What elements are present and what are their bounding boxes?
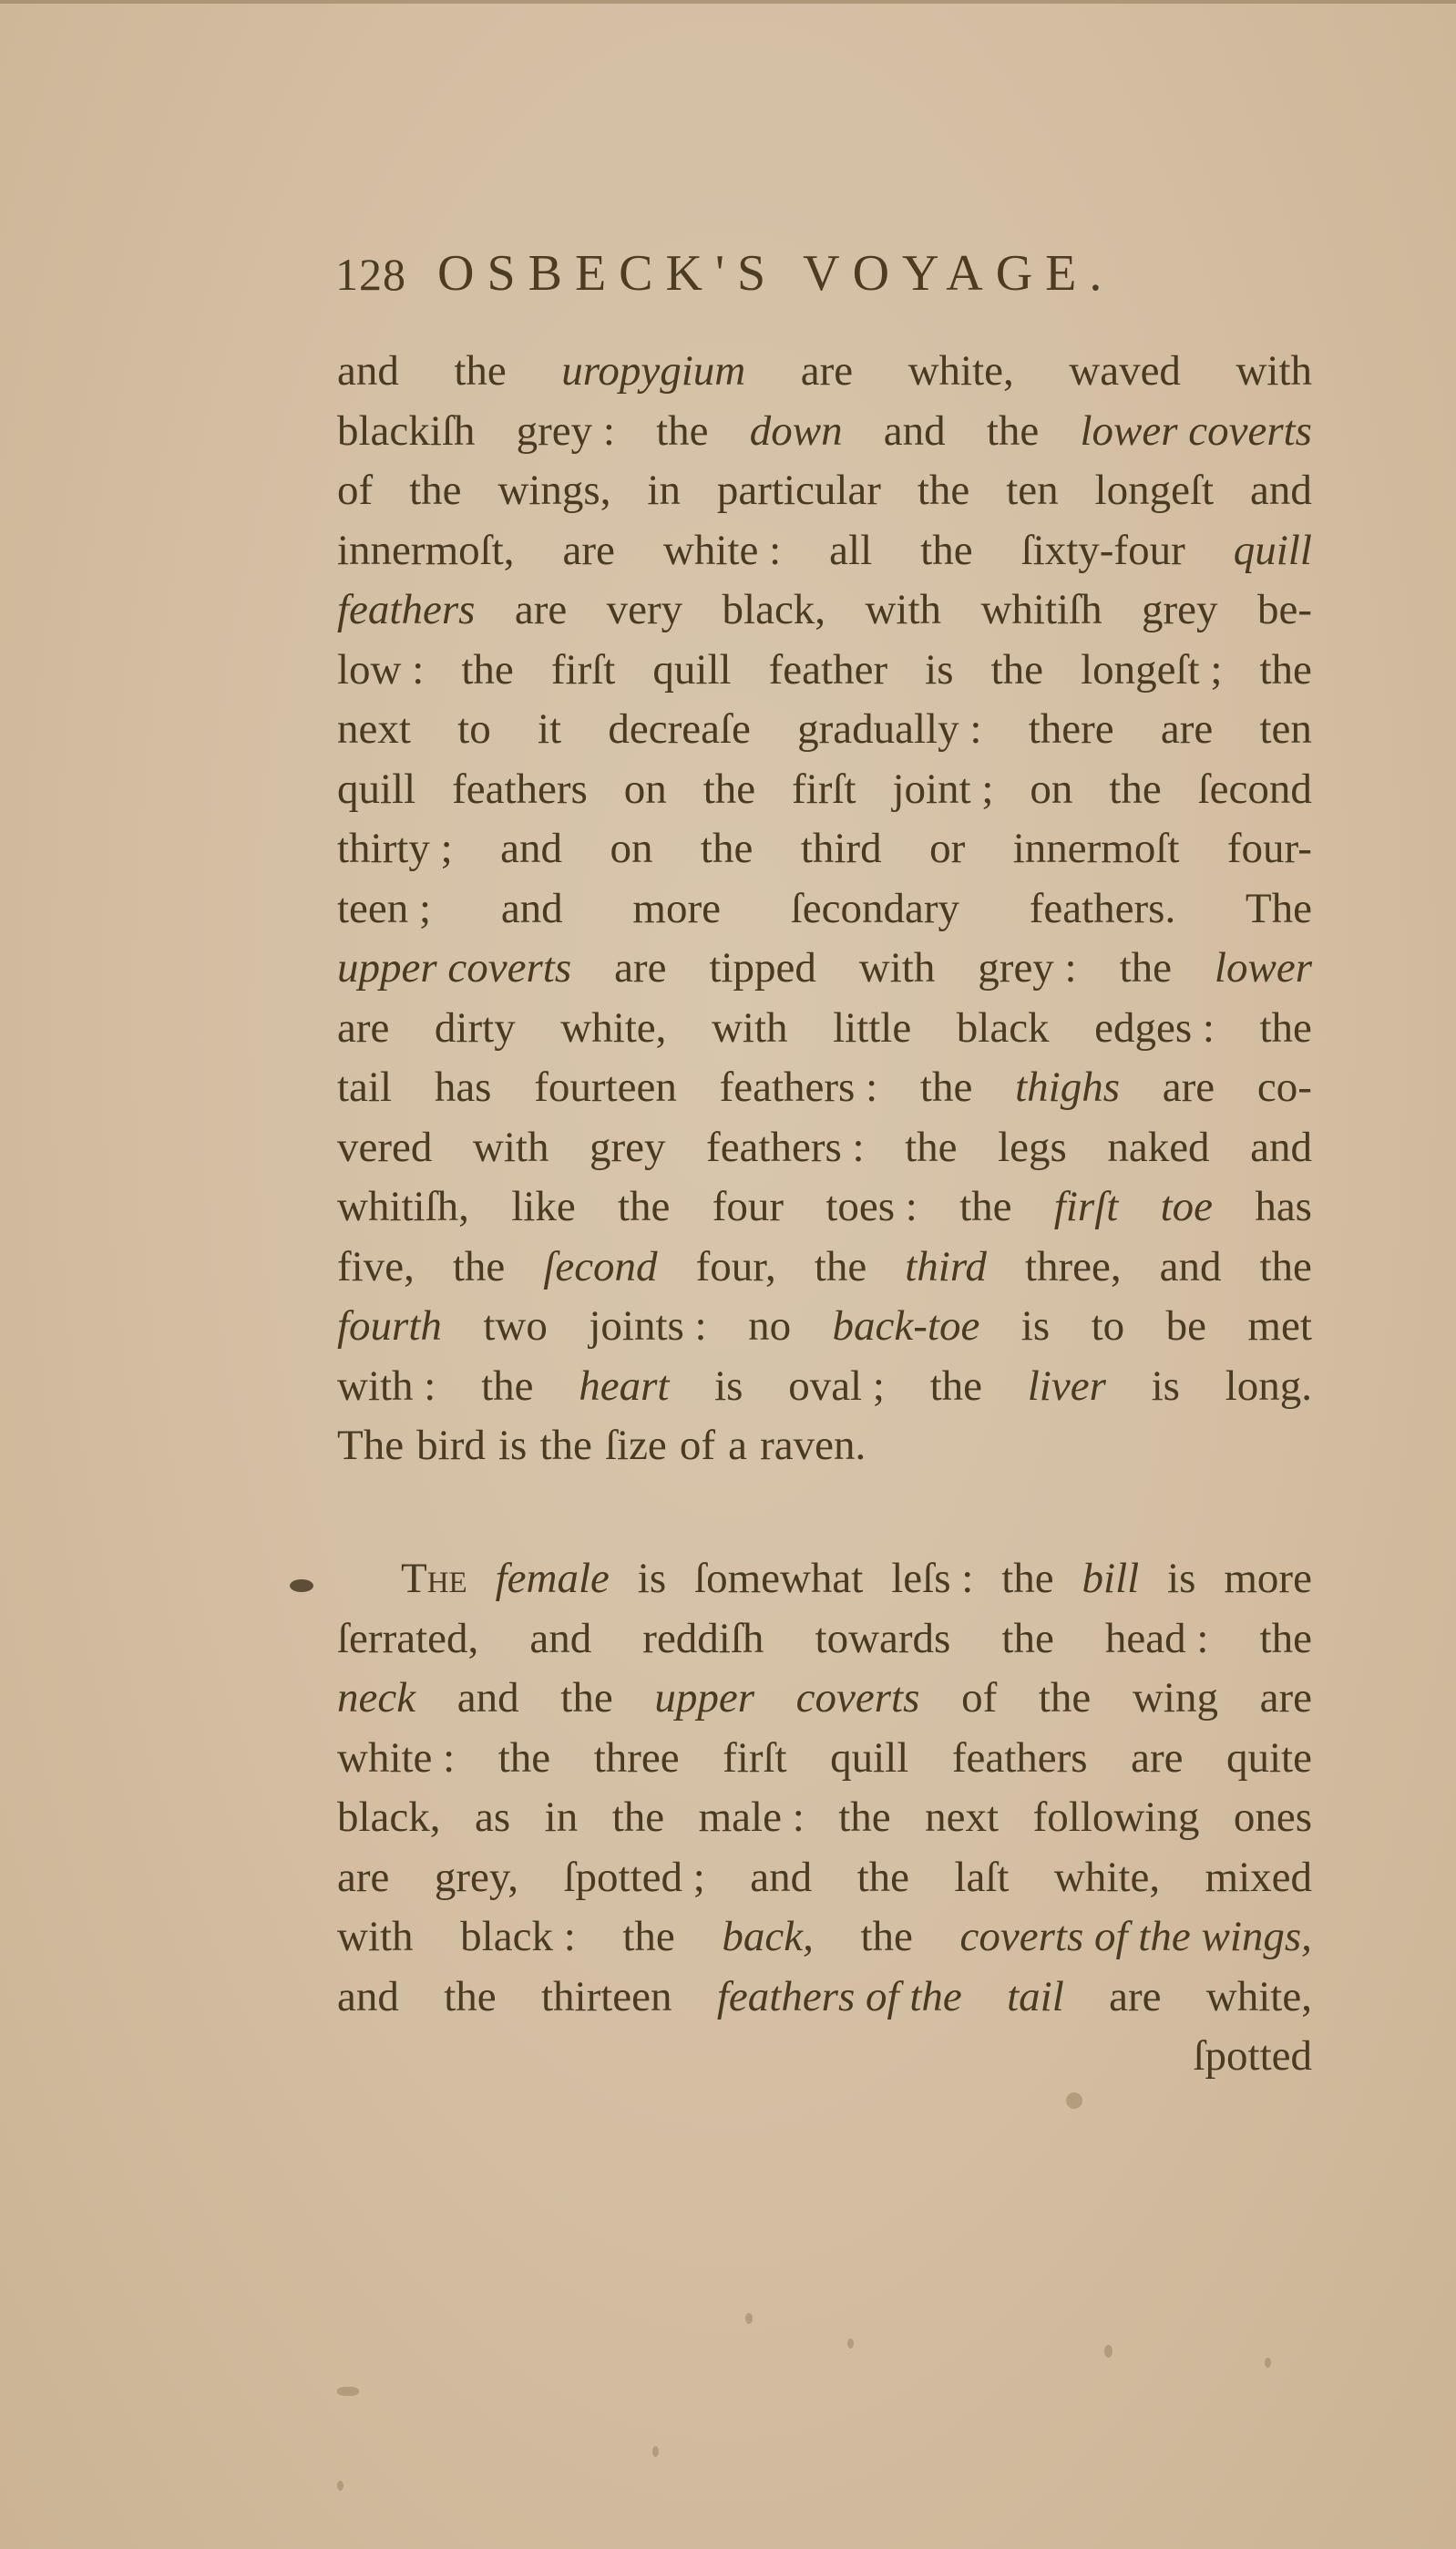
catchword: ſpotted	[1193, 2027, 1312, 2087]
word: to	[1092, 1297, 1125, 1357]
word: toes :	[825, 1177, 918, 1238]
word: edges :	[1094, 999, 1215, 1059]
word: the	[481, 1357, 533, 1417]
word: towards	[815, 1609, 951, 1670]
word: the	[1109, 760, 1161, 820]
small-caps-word: The	[401, 1549, 467, 1609]
word: black	[957, 999, 1050, 1059]
word: black,	[337, 1788, 441, 1848]
word: on	[610, 819, 652, 879]
word: longeſt ;	[1081, 641, 1222, 701]
running-title: OSBECK'S VOYAGE.	[437, 244, 1114, 303]
word: co-	[1257, 1058, 1312, 1118]
word: oval ;	[788, 1357, 885, 1417]
word: wings,	[497, 461, 610, 521]
word: quill	[652, 641, 731, 701]
text-line: andtheuropygiumarewhite,wavedwith	[337, 342, 1312, 402]
word: met	[1247, 1297, 1311, 1357]
word: white,	[560, 999, 666, 1059]
word: of	[680, 1416, 715, 1476]
word: ſecond	[1198, 760, 1312, 820]
word: with	[337, 1907, 414, 1968]
word: and	[529, 1609, 591, 1670]
word: the	[1260, 1609, 1312, 1670]
word: be-	[1257, 581, 1312, 641]
word: is	[925, 641, 953, 701]
word: next	[925, 1788, 999, 1848]
word: a	[728, 1416, 747, 1476]
word: and	[501, 879, 563, 940]
word: grey,	[435, 1848, 518, 1908]
word: are	[515, 581, 567, 641]
word: the	[861, 1907, 913, 1968]
word: raven.	[760, 1416, 866, 1476]
italic-word: heart	[579, 1357, 669, 1417]
text-line: andthethirteenfeathers of thetailarewhit…	[337, 1968, 1312, 2028]
word: the	[1001, 1609, 1053, 1670]
italic-word: feathers of the	[717, 1968, 962, 2028]
word: black,	[723, 581, 826, 641]
italic-word: back,	[722, 1907, 813, 1968]
book-page: 128 OSBECK'S VOYAGE. andtheuropygiumarew…	[0, 0, 1456, 2549]
word: little	[833, 999, 911, 1059]
word: and	[1250, 461, 1312, 521]
word: longeſt	[1095, 461, 1215, 521]
word: reddiſh	[642, 1609, 764, 1670]
word: is	[1167, 1549, 1195, 1609]
text-line: low :thefirſtquillfeatheristhelongeſt ;t…	[337, 641, 1312, 701]
word: ſpotted ;	[563, 1848, 704, 1908]
text-line: Thebirdistheſizeofaraven.	[337, 1416, 1312, 1476]
text-line: tailhasfourteenfeathers :thethighsareco-	[337, 1058, 1312, 1118]
word: four	[713, 1177, 784, 1238]
word: feathers :	[706, 1118, 865, 1178]
word: third	[801, 819, 882, 879]
word: the	[1259, 1238, 1311, 1298]
word: grey :	[517, 402, 615, 462]
word: grey	[590, 1118, 666, 1178]
italic-word: thighs	[1015, 1058, 1120, 1118]
text-line: five,theſecondfour,thethirdthree,andthe	[337, 1238, 1312, 1298]
word: in	[647, 461, 681, 521]
word: as	[475, 1788, 510, 1848]
word: ſize	[605, 1416, 667, 1476]
word: is	[498, 1416, 527, 1476]
word: leſs :	[891, 1549, 973, 1609]
catchword-line: ſpotted	[337, 2027, 1312, 2087]
italic-word: down	[750, 402, 843, 462]
word: and	[1160, 1238, 1222, 1298]
word: innermoſt	[1013, 819, 1180, 879]
italic-word: upper coverts	[337, 939, 571, 999]
word: waved	[1069, 342, 1181, 402]
word: the	[991, 641, 1043, 701]
word: ſerrated,	[337, 1609, 478, 1670]
text-line: aregrey,ſpotted ;andthelaſtwhite,mixed	[337, 1848, 1312, 1908]
word: the	[453, 1238, 505, 1298]
word: are	[1163, 1058, 1215, 1118]
word: of	[337, 461, 373, 521]
word: feathers	[952, 1729, 1088, 1789]
running-header: 128 OSBECK'S VOYAGE.	[335, 244, 1114, 308]
word: the	[1259, 641, 1311, 701]
word: the	[987, 402, 1039, 462]
word: in	[545, 1788, 579, 1848]
word: are	[1131, 1729, 1183, 1789]
word: and	[750, 1848, 812, 1908]
word: blackiſh	[337, 402, 475, 462]
text-line: teen ;andmoreſecondaryfeathers.The	[337, 879, 1312, 940]
word: four,	[696, 1238, 776, 1298]
italic-word: quill	[1234, 521, 1312, 581]
word: is	[1021, 1297, 1050, 1357]
italic-word: third	[905, 1238, 987, 1298]
word: with :	[337, 1357, 436, 1417]
word: The	[1246, 879, 1312, 940]
word: thirty ;	[337, 819, 453, 879]
word: dirty	[435, 999, 516, 1059]
word: are	[1161, 700, 1213, 760]
word: with	[1236, 342, 1312, 402]
word: more	[1224, 1549, 1312, 1609]
word: the	[920, 521, 972, 581]
word: or	[929, 819, 965, 879]
word: of	[961, 1669, 997, 1729]
word: are	[337, 999, 389, 1059]
text-line: blackiſhgrey :thedownandthelower coverts	[337, 402, 1312, 462]
text-line: Thefemaleisſomewhatleſs :thebillismore	[337, 1549, 1312, 1609]
word: the	[461, 641, 513, 701]
word: no	[748, 1297, 791, 1357]
italic-word: coverts of the wings,	[960, 1907, 1312, 1968]
word: following	[1033, 1788, 1200, 1848]
page-number: 128	[335, 248, 406, 301]
italic-word: uropygium	[561, 342, 745, 402]
word: joint ;	[892, 760, 993, 820]
word: there	[1029, 700, 1114, 760]
word: are	[337, 1848, 389, 1908]
text-line: aredirtywhite,withlittleblackedges :the	[337, 999, 1312, 1059]
word: the	[930, 1357, 982, 1417]
word: the	[560, 1669, 612, 1729]
word: three	[594, 1729, 680, 1789]
italic-word: ſecond	[543, 1238, 657, 1298]
word: the	[1039, 1669, 1091, 1729]
word: and	[337, 342, 399, 402]
text-line: ſerrated,andreddiſhtowardsthehead :the	[337, 1609, 1312, 1670]
word: tipped	[709, 939, 815, 999]
italic-word: female	[496, 1549, 610, 1609]
text-line: whitiſh,likethefourtoes :thefirſttoehas	[337, 1177, 1312, 1238]
word: quill	[337, 760, 415, 820]
word: and	[337, 1968, 399, 2028]
word: firſt	[723, 1729, 786, 1789]
word: quill	[830, 1729, 908, 1789]
word: is	[1152, 1357, 1180, 1417]
word: ſecondary	[791, 879, 959, 940]
word: on	[1030, 760, 1072, 820]
word: are	[801, 342, 853, 402]
text-line: black,asinthemale :thenextfollowingones	[337, 1788, 1312, 1848]
word: The	[337, 1416, 404, 1476]
word: black :	[460, 1907, 576, 1968]
word: teen ;	[337, 879, 431, 940]
word: gradually :	[797, 700, 981, 760]
word: very	[607, 581, 683, 641]
word: are	[1109, 1968, 1161, 2028]
word: the	[618, 1177, 670, 1238]
word: the	[612, 1788, 664, 1848]
word: ten	[1006, 461, 1058, 521]
word: all	[829, 521, 872, 581]
word: the	[444, 1968, 496, 2028]
word: are	[614, 939, 666, 999]
word: are	[563, 521, 615, 581]
page-top-edge	[0, 0, 1456, 4]
word: feathers :	[720, 1058, 878, 1118]
word: the	[1001, 1549, 1053, 1609]
word: white :	[663, 521, 781, 581]
word: and	[500, 819, 562, 879]
word: and	[884, 402, 946, 462]
text-line: nexttoitdecreaſegradually :thereareten	[337, 700, 1312, 760]
word: firſt	[551, 641, 615, 701]
word: grey	[1142, 581, 1218, 641]
word: with	[865, 581, 941, 641]
word: be	[1166, 1297, 1206, 1357]
word: wing	[1133, 1669, 1218, 1729]
word: the	[918, 461, 969, 521]
word: decreaſe	[608, 700, 751, 760]
word: the	[409, 461, 461, 521]
word: and	[457, 1669, 519, 1729]
word: whitiſh	[980, 581, 1102, 641]
word: tail	[337, 1058, 392, 1118]
word: five,	[337, 1238, 415, 1298]
italic-word: lower coverts	[1080, 402, 1312, 462]
word: the	[920, 1058, 972, 1118]
paragraph-male-description: andtheuropygiumarewhite,wavedwithblackiſ…	[337, 342, 1312, 1476]
word: and	[1250, 1118, 1312, 1178]
word: to	[457, 700, 491, 760]
italic-word: tail	[1007, 1968, 1064, 2028]
text-line: thirty ;andonthethirdorinnermoſtfour-	[337, 819, 1312, 879]
word: ones	[1234, 1788, 1312, 1848]
word: is	[638, 1549, 666, 1609]
italic-word: feathers	[337, 581, 475, 641]
text-line: innermoſt,arewhite :alltheſixty-fourquil…	[337, 521, 1312, 581]
word: is	[714, 1357, 743, 1417]
word: with	[859, 939, 936, 999]
text-line: white :thethreefirſtquillfeathersarequit…	[337, 1729, 1312, 1789]
word: long.	[1225, 1357, 1312, 1417]
text-line: upper covertsaretippedwithgrey :thelower	[337, 939, 1312, 999]
italic-word: lower	[1215, 939, 1312, 999]
word: on	[624, 760, 667, 820]
italic-word: coverts	[796, 1669, 920, 1729]
word: the	[622, 1907, 674, 1968]
word: has	[435, 1058, 492, 1118]
word: low :	[337, 641, 424, 701]
text-line: quillfeathersonthefirſtjoint ;ontheſecon…	[337, 760, 1312, 820]
word: three,	[1025, 1238, 1122, 1298]
text-line: veredwithgreyfeathers :thelegsnakedand	[337, 1118, 1312, 1178]
word: feathers	[452, 760, 588, 820]
italic-word: back-toe	[833, 1297, 980, 1357]
word: the	[1120, 939, 1172, 999]
word: has	[1255, 1177, 1312, 1238]
word: the	[905, 1118, 957, 1178]
word: the	[959, 1177, 1011, 1238]
italic-word: firſt	[1054, 1177, 1119, 1238]
word: white,	[1206, 1968, 1312, 2028]
word: naked	[1107, 1118, 1209, 1178]
word: head :	[1105, 1609, 1209, 1670]
word: feather	[769, 641, 887, 701]
word: innermoſt,	[337, 521, 515, 581]
word: the	[701, 819, 753, 879]
word: thirteen	[541, 1968, 672, 2028]
text-line: neckandtheuppercovertsofthewingare	[337, 1669, 1312, 1729]
word: with	[712, 999, 788, 1059]
word: particular	[717, 461, 881, 521]
word: white,	[1054, 1848, 1160, 1908]
word: grey :	[978, 939, 1076, 999]
word: legs	[998, 1118, 1067, 1178]
italic-word: liver	[1028, 1357, 1106, 1417]
word: firſt	[792, 760, 856, 820]
word: ſomewhat	[694, 1549, 863, 1609]
word: the	[539, 1416, 591, 1476]
text-line: with :theheartisoval ;theliverislong.	[337, 1357, 1312, 1417]
paragraph-female-description: Thefemaleisſomewhatleſs :thebillismoreſe…	[337, 1549, 1312, 2087]
word: the	[703, 760, 755, 820]
text-line: fourthtwojoints :noback-toeistobemet	[337, 1297, 1312, 1357]
word: male :	[699, 1788, 805, 1848]
word: more	[632, 879, 721, 940]
word: bird	[416, 1416, 486, 1476]
word: mixed	[1205, 1848, 1312, 1908]
word: joints :	[589, 1297, 706, 1357]
word: quite	[1226, 1729, 1312, 1789]
word: the	[454, 342, 506, 402]
word: the	[498, 1729, 550, 1789]
word: with	[473, 1118, 549, 1178]
text-line: withblack :theback,thecoverts of the win…	[337, 1907, 1312, 1968]
word: feathers.	[1030, 879, 1175, 940]
text-line: feathersareveryblack,withwhitiſhgreybe-	[337, 581, 1312, 641]
word: the	[857, 1848, 909, 1908]
word: white,	[908, 342, 1014, 402]
word: the	[1259, 999, 1311, 1059]
word: the	[838, 1788, 890, 1848]
word: whitiſh,	[337, 1177, 469, 1238]
word: fourteen	[534, 1058, 677, 1118]
word: are	[1260, 1669, 1312, 1729]
word: two	[483, 1297, 548, 1357]
italic-word: neck	[337, 1669, 415, 1729]
italic-word: upper	[654, 1669, 754, 1729]
word: laſt	[954, 1848, 1009, 1908]
ink-blot-mark	[290, 1579, 313, 1592]
word: white :	[337, 1729, 455, 1789]
word: the	[656, 402, 708, 462]
word: ſixty-four	[1021, 521, 1185, 581]
word: four-	[1227, 819, 1312, 879]
italic-word: toe	[1161, 1177, 1213, 1238]
word: it	[538, 700, 561, 760]
word: next	[337, 700, 411, 760]
italic-word: bill	[1082, 1549, 1140, 1609]
word: vered	[337, 1118, 432, 1178]
italic-word: fourth	[337, 1297, 442, 1357]
text-line: ofthewings,inparticularthetenlongeſtand	[337, 461, 1312, 521]
word: ten	[1260, 700, 1312, 760]
word: the	[815, 1238, 866, 1298]
word: like	[511, 1177, 575, 1238]
